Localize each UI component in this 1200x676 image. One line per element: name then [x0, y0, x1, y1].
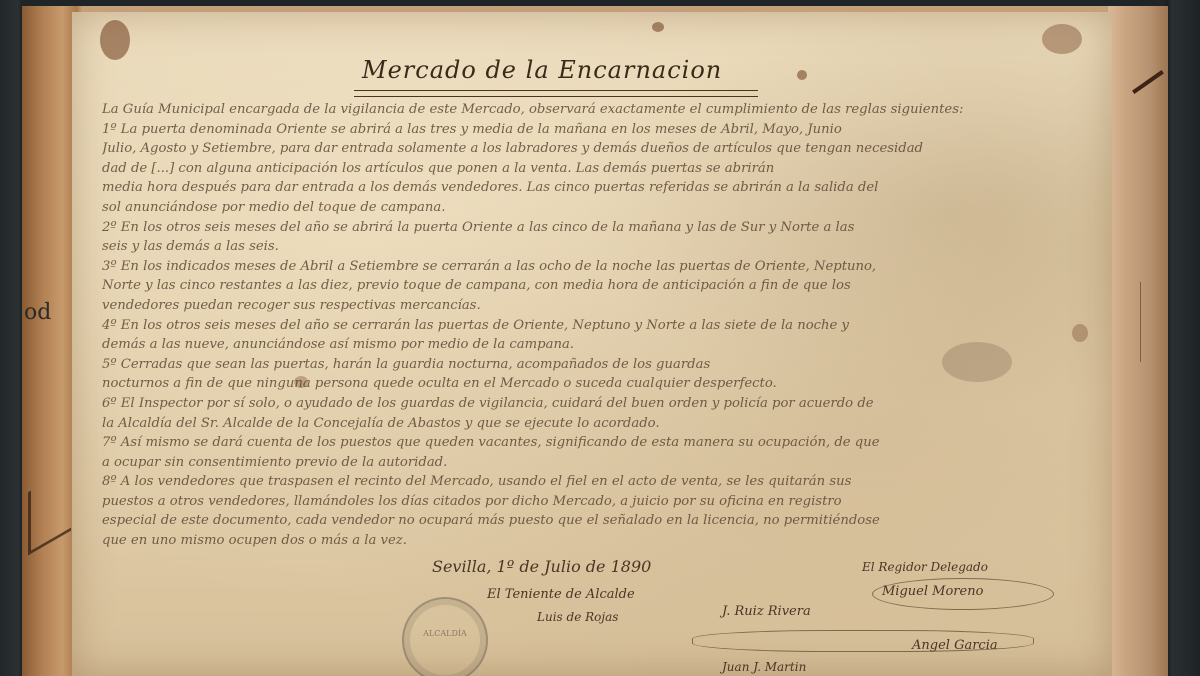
- paragraph: puestos a otros vendedores, llamándoles …: [102, 492, 1102, 512]
- edge-label-fragment: od: [24, 300, 51, 325]
- stain: [1042, 24, 1082, 54]
- paragraph: Norte y las cinco restantes a las diez, …: [102, 276, 1102, 296]
- paragraph: sol anunciándose por medio del toque de …: [102, 198, 1102, 218]
- paragraph: 5º Cerradas que sean las puertas, harán …: [102, 355, 1102, 375]
- paragraph: la Alcaldía del Sr. Alcalde de la Concej…: [102, 414, 1102, 434]
- paragraph: que en uno mismo ocupen dos o más a la v…: [102, 531, 1102, 551]
- paragraph: vendedores puedan recoger sus respectiva…: [102, 296, 1102, 316]
- mounting-backing-right: [1108, 6, 1168, 676]
- document-body: La Guía Municipal encargada de la vigila…: [102, 100, 1102, 551]
- paragraph: nocturnos a fin de que ninguna persona q…: [102, 374, 1102, 394]
- paragraph: 6º El Inspector por sí solo, o ayudado d…: [102, 394, 1102, 414]
- paragraph: 7º Así mismo se dará cuenta de los puest…: [102, 433, 1102, 453]
- stain: [797, 70, 807, 80]
- paragraph: La Guía Municipal encargada de la vigila…: [102, 100, 1102, 120]
- stain: [100, 20, 130, 60]
- delegate-title: El Regidor Delegado: [862, 560, 988, 574]
- margin-rule: [1140, 282, 1141, 362]
- date-line: Sevilla, 1º de Julio de 1890: [432, 557, 651, 576]
- signature-flourish: [872, 578, 1054, 610]
- paragraph: media hora después para dar entrada a lo…: [102, 178, 1102, 198]
- mayor-signature: Luis de Rojas: [537, 610, 618, 624]
- stain: [652, 22, 664, 32]
- title-underline: [354, 90, 758, 97]
- mayor-title: El Teniente de Alcalde: [487, 587, 635, 602]
- paragraph: 8º A los vendedores que traspasen el rec…: [102, 472, 1102, 492]
- signature: Juan J. Martin: [722, 660, 806, 674]
- paragraph: a ocupar sin consentimiento previo de la…: [102, 453, 1102, 473]
- manuscript-page: Mercado de la Encarnacion La Guía Munici…: [72, 12, 1112, 676]
- paragraph: dad de [...] con alguna anticipación los…: [102, 159, 1102, 179]
- paragraph: 1º La puerta denominada Oriente se abrir…: [102, 120, 1102, 140]
- paragraph: demás a las nueve, anunciándose así mism…: [102, 335, 1102, 355]
- signature: J. Ruiz Rivera: [722, 604, 811, 619]
- paragraph: Julio, Agosto y Setiembre, para dar entr…: [102, 139, 1102, 159]
- signature-flourish: [692, 630, 1034, 652]
- paragraph: especial de este documento, cada vendedo…: [102, 511, 1102, 531]
- stamp-text: ALCALDÍA: [404, 629, 486, 638]
- paragraph: 3º En los indicados meses de Abril a Set…: [102, 257, 1102, 277]
- paragraph: 4º En los otros seis meses del año se ce…: [102, 316, 1102, 336]
- paragraph: 2º En los otros seis meses del año se ab…: [102, 218, 1102, 238]
- official-seal-stamp: ALCALDÍA: [402, 597, 488, 676]
- document-title: Mercado de la Encarnacion: [362, 56, 722, 84]
- paragraph: seis y las demás a las seis.: [102, 237, 1102, 257]
